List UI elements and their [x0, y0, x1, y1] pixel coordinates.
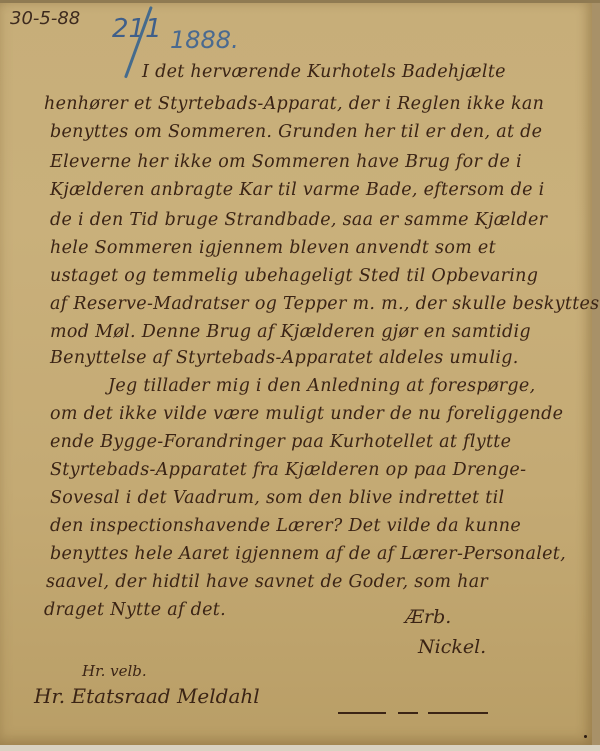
body-line: saavel, der hidtil have savnet de Goder,… [46, 572, 488, 592]
address-dash [338, 712, 386, 714]
body-line: af Reserve-Madratser og Tepper m. m., de… [50, 294, 599, 314]
address-dash [428, 712, 488, 714]
date-note: 30-5-88 [10, 8, 80, 29]
body-line: Jeg tillader mig i den Anledning at fore… [108, 376, 535, 396]
body-line: de i den Tid bruge Strandbade, saa er sa… [50, 210, 547, 230]
body-line: ende Bygge-Forandringer paa Kurhotellet … [50, 432, 511, 452]
body-line: hele Sommeren igjennem bleven anvendt so… [50, 238, 496, 258]
signature: Nickel. [418, 636, 486, 658]
photo-bottom-edge [0, 745, 600, 751]
body-line: Sovesal i det Vaadrum, som den blive ind… [50, 488, 504, 508]
body-line: Styrtebads-Apparatet fra Kjælderen op pa… [50, 460, 526, 480]
archive-year: 1888. [170, 26, 239, 54]
closing-salutation: Ærb. [405, 606, 451, 628]
ink-speck [584, 735, 587, 738]
body-line: den inspectionshavende Lærer? Det vilde … [50, 516, 521, 536]
paper-right-edge [592, 3, 600, 745]
body-line: om det ikke vilde være muligt under de n… [50, 404, 563, 424]
body-line: benyttes hele Aaret igjennem af de af Læ… [50, 544, 566, 564]
body-line: mod Møl. Denne Brug af Kjælderen gjør en… [50, 322, 531, 342]
body-line: henhører et Styrtebads-Apparat, der i Re… [44, 94, 544, 114]
body-line: Eleverne her ikke om Sommeren have Brug … [50, 152, 522, 172]
body-line: I det herværende Kurhotels Badehjælte [142, 62, 506, 82]
address-dash [398, 712, 418, 714]
address-honorific: Hr. velb. [82, 662, 147, 680]
paper-sheet [0, 3, 592, 745]
body-line: Kjælderen anbragte Kar til varme Bade, e… [50, 180, 545, 200]
body-line: draget Nytte af det. [44, 600, 226, 620]
body-line: ustaget og temmelig ubehageligt Sted til… [50, 266, 538, 286]
body-line: Benyttelse af Styrtebads-Apparatet aldel… [50, 348, 519, 368]
body-line: benyttes om Sommeren. Grunden her til er… [50, 122, 542, 142]
address-line: Hr. Etatsraad Meldahl [34, 684, 260, 708]
